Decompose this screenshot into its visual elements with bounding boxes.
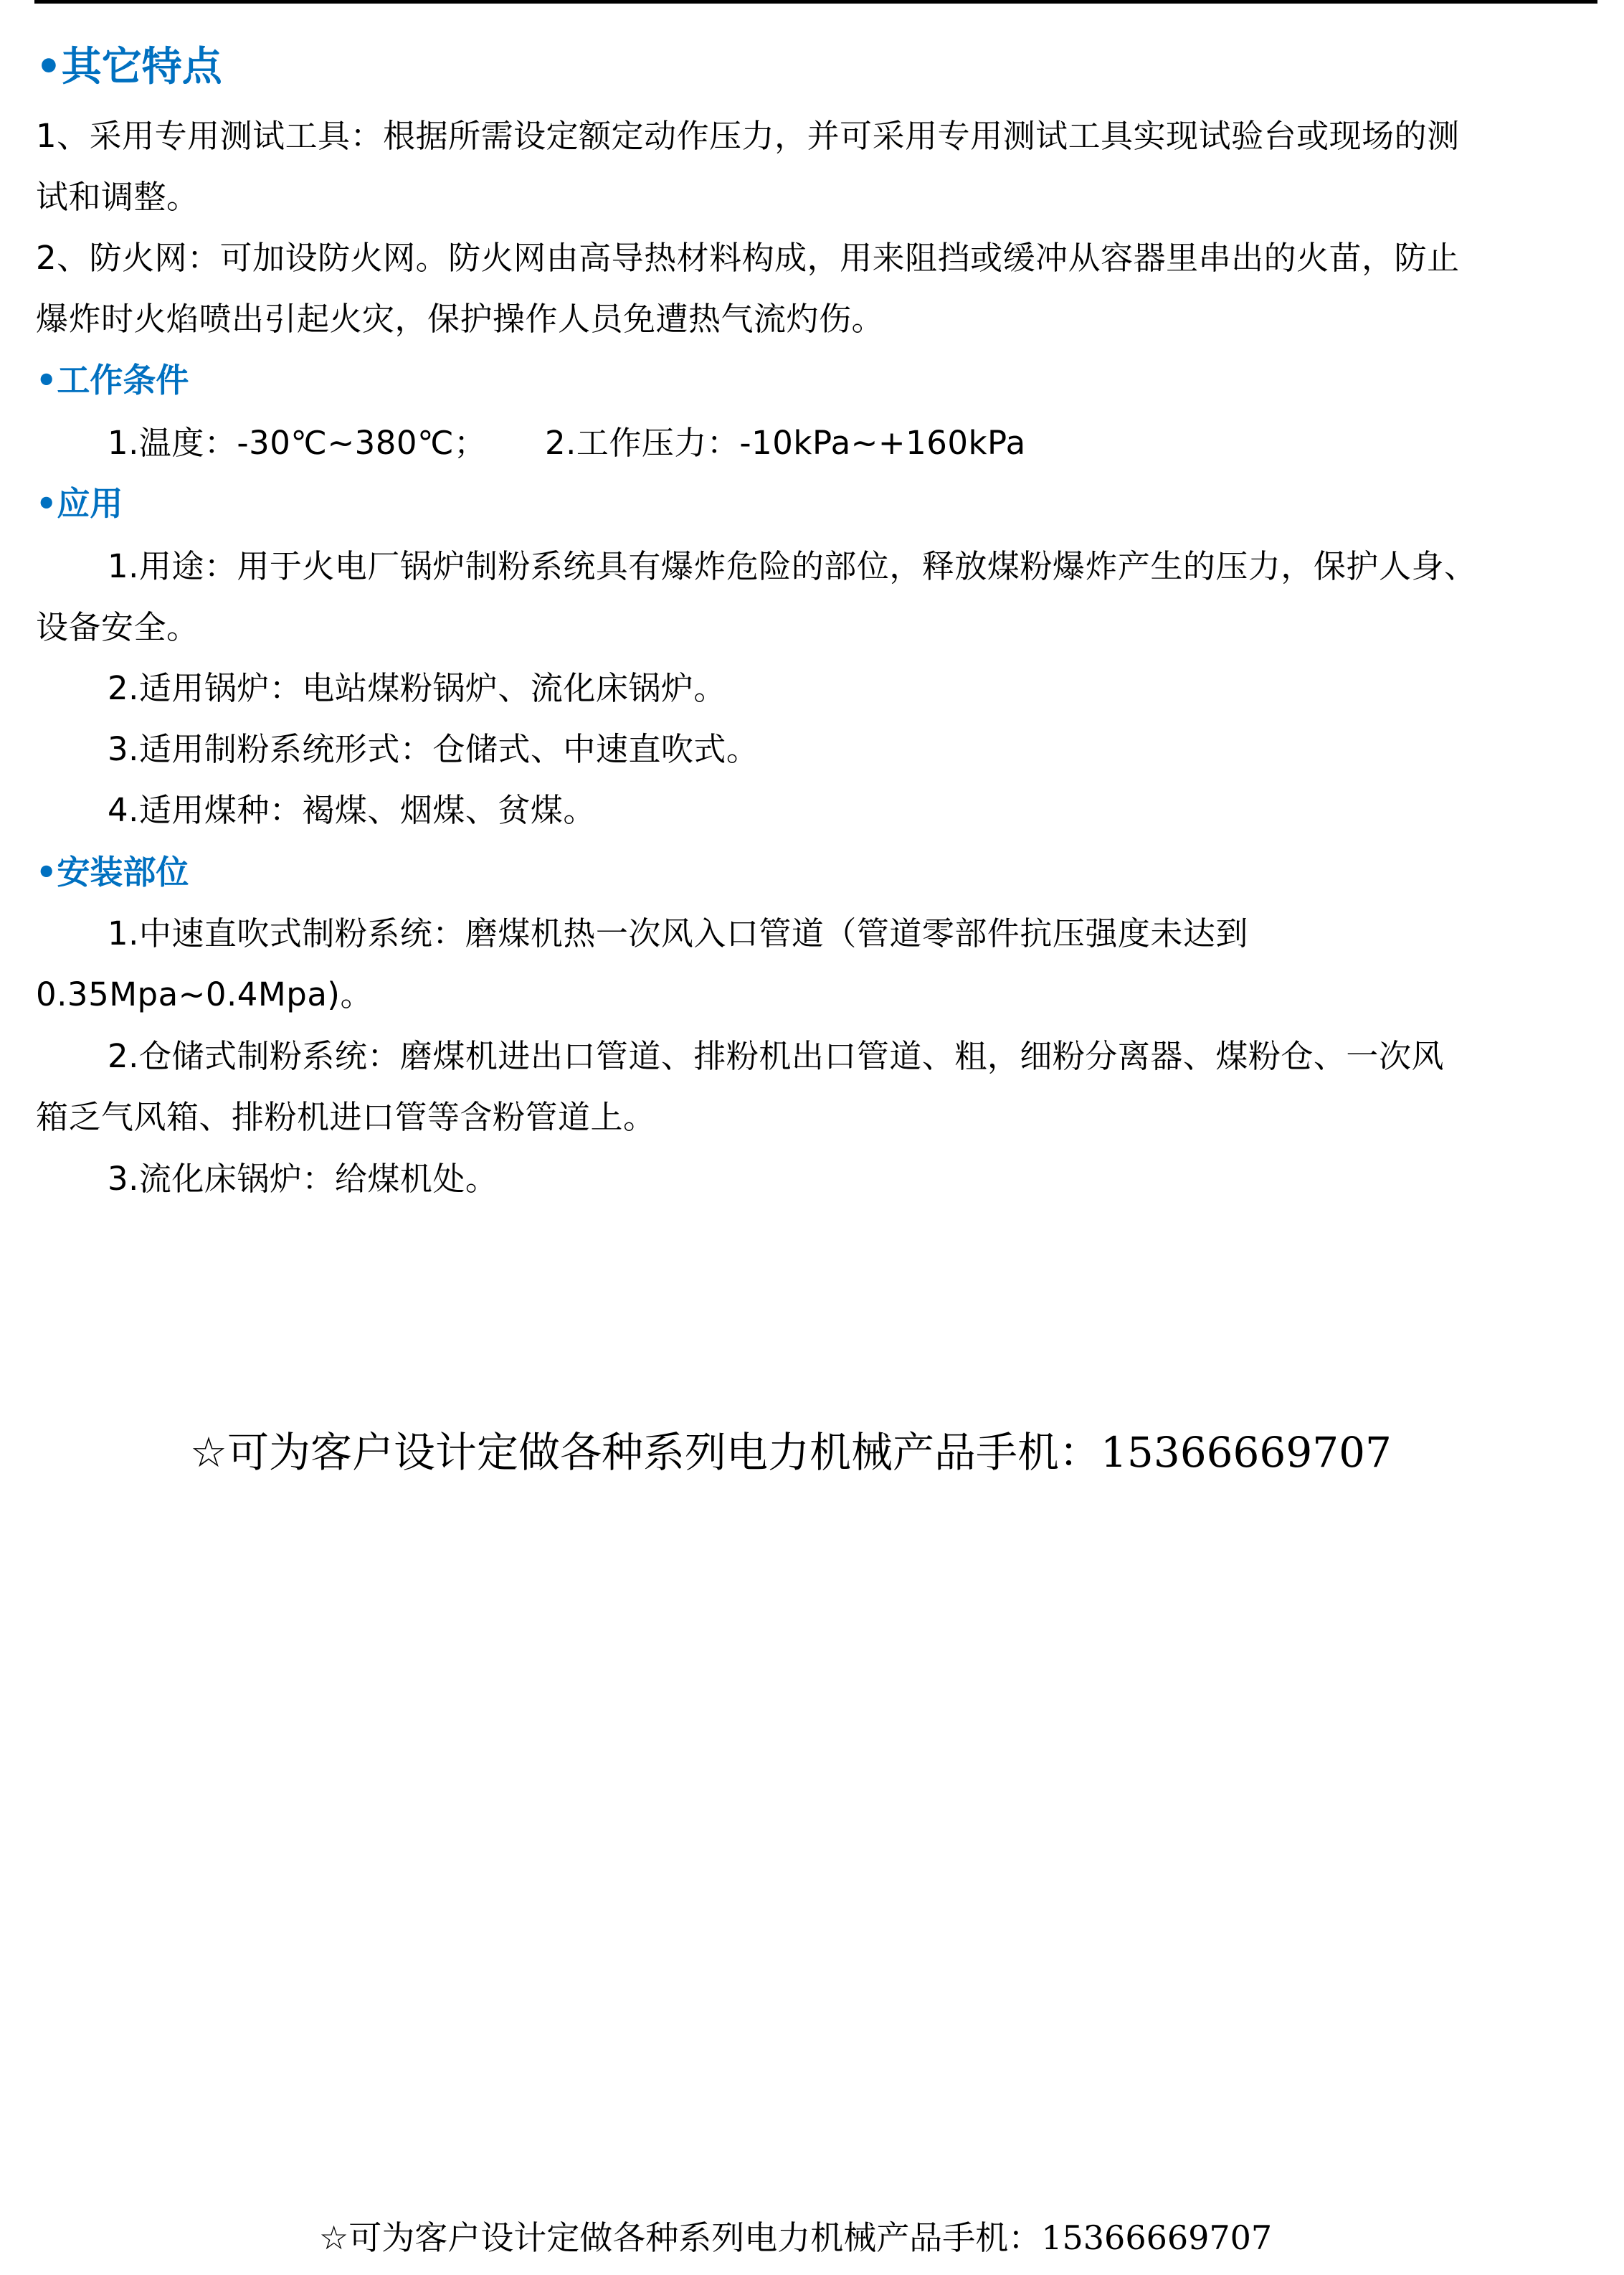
feature-line-1: 1、采用专用测试工具：根据所需设定额定动作压力，并可采用专用测试工具实现试验台或…	[36, 116, 1460, 156]
application-line-2: 设备安全。	[36, 607, 199, 648]
feature-line-2: 试和调整。	[36, 177, 199, 217]
promo-phone: 15366669707	[1101, 1428, 1392, 1477]
application-line-3: 2.适用锅炉：电站煤粉锅炉、流化床锅炉。	[108, 668, 726, 709]
heading-application: •应用	[36, 483, 123, 524]
heading-other-features: •其它特点	[36, 46, 222, 89]
installation-line-4: 箱乏气风箱、排粉机进口管等含粉管道上。	[36, 1097, 656, 1137]
application-line-4: 3.适用制粉系统形式：仓储式、中速直吹式。	[108, 729, 759, 770]
application-line-1: 1.用途：用于火电厂锅炉制粉系统具有爆炸危险的部位，释放煤粉爆炸产生的压力，保护…	[108, 547, 1476, 587]
condition-pressure: 2.工作压力：-10kPa~+160kPa	[545, 423, 1026, 463]
promo-text: 可为客户设计定做各种系列电力机械产品手机：	[348, 2218, 1041, 2257]
top-rule	[34, 0, 1597, 4]
application-line-5: 4.适用煤种：褐煤、烟煤、贫煤。	[108, 790, 596, 831]
condition-temperature: 1.温度：-30℃~380℃；	[108, 423, 487, 463]
installation-line-5: 3.流化床锅炉：给煤机处。	[108, 1159, 498, 1199]
promo-text: 可为客户设计定做各种系列电力机械产品手机：	[227, 1428, 1101, 1477]
star-icon: ☆	[319, 2218, 348, 2257]
heading-working-conditions: •工作条件	[36, 360, 189, 400]
installation-line-2: 0.35Mpa~0.4Mpa)。	[36, 975, 373, 1015]
star-icon: ☆	[190, 1428, 227, 1477]
installation-line-1: 1.中速直吹式制粉系统：磨煤机热一次风入口管道（管道零部件抗压强度未达到	[108, 914, 1248, 954]
promo-line-footer: ☆可为客户设计定做各种系列电力机械产品手机：15366669707	[319, 2218, 1272, 2258]
promo-line-large: ☆可为客户设计定做各种系列电力机械产品手机：15366669707	[190, 1427, 1392, 1477]
feature-line-3: 2、防火网：可加设防火网。防火网由高导热材料构成，用来阻挡或缓冲从容器里串出的火…	[36, 238, 1460, 278]
promo-phone: 15366669707	[1041, 2218, 1272, 2257]
installation-line-3: 2.仓储式制粉系统：磨煤机进出口管道、排粉机出口管道、粗，细粉分离器、煤粉仓、一…	[108, 1036, 1444, 1077]
heading-installation: •安装部位	[36, 852, 189, 892]
feature-line-4: 爆炸时火焰喷出引起火灾，保护操作人员免遭热气流灼伤。	[36, 299, 884, 339]
